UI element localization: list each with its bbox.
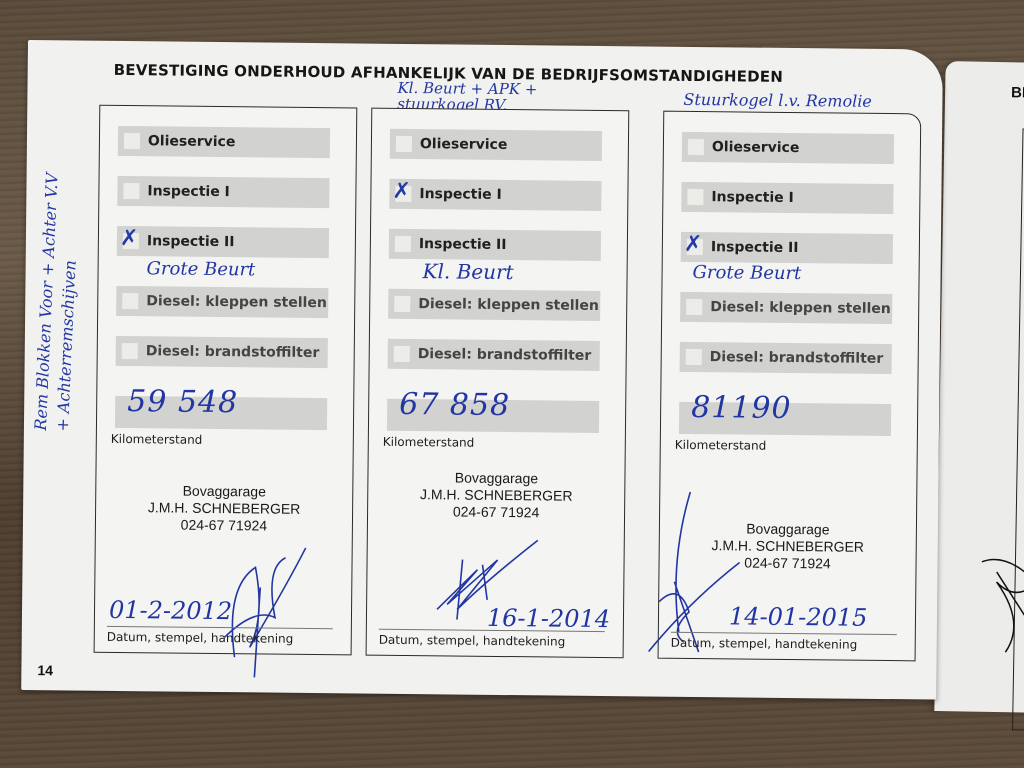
next-page: BE [934, 61, 1024, 713]
handwritten-check-icon: ✗ [120, 228, 139, 250]
service-olieservice[interactable]: Olieservice [118, 126, 330, 158]
checkbox[interactable] [395, 236, 411, 252]
checkbox[interactable] [123, 183, 139, 199]
checkbox[interactable] [687, 189, 703, 205]
mileage-value: 67 858 [399, 387, 510, 423]
mileage-label: Kilometerstand [111, 432, 203, 447]
service-diesel-filter[interactable]: Diesel: brandstoffilter [388, 339, 600, 371]
margin-note: Rem Blokken Voor + Achter V.V + Achterre… [30, 172, 86, 432]
service-date: 01-2-2012 [109, 596, 232, 625]
handwritten-check-icon: ✗ [684, 234, 703, 256]
service-date: 16-1-2014 [487, 604, 610, 633]
service-note: Kl. Beurt [422, 259, 513, 284]
checkbox[interactable] [686, 299, 702, 315]
service-note: Grote Beurt [692, 262, 801, 284]
checkbox-checked[interactable]: ✗ [687, 239, 703, 255]
next-page-heading-stub: BE [1011, 84, 1024, 101]
service-olieservice[interactable]: Olieservice [682, 132, 894, 164]
checkbox[interactable] [396, 136, 412, 152]
signature-label: Datum, stempel, handtekening [671, 636, 858, 652]
page-number: 14 [37, 662, 53, 678]
service-diesel-kleppen[interactable]: Diesel: kleppen stellen [680, 292, 892, 324]
checkbox[interactable] [686, 349, 702, 365]
service-inspectie-2[interactable]: ✗Inspectie II [681, 232, 893, 264]
service-inspectie-2[interactable]: Inspectie II [389, 229, 601, 261]
service-diesel-filter[interactable]: Diesel: brandstoffilter [116, 336, 328, 368]
checkbox-checked[interactable]: ✗ [395, 186, 411, 202]
service-diesel-filter[interactable]: Diesel: brandstoffilter [680, 342, 892, 374]
handwritten-check-icon: ✗ [392, 181, 411, 203]
service-inspectie-1[interactable]: Inspectie I [681, 182, 893, 214]
checkbox[interactable] [124, 133, 140, 149]
service-inspectie-2[interactable]: ✗Inspectie II [117, 226, 329, 258]
checkbox[interactable] [394, 296, 410, 312]
checkbox[interactable] [394, 346, 410, 362]
service-entry-3: Olieservice Inspectie I ✗Inspectie II Gr… [658, 111, 922, 662]
checkbox[interactable] [122, 343, 138, 359]
service-date: 14-01-2015 [729, 602, 868, 631]
mileage-value: 59 548 [127, 384, 238, 420]
service-inspectie-1[interactable]: Inspectie I [117, 176, 329, 208]
signature-next-page [975, 542, 1024, 663]
mileage-label: Kilometerstand [675, 438, 767, 453]
service-inspectie-1[interactable]: ✗Inspectie I [389, 179, 601, 211]
service-note: Grote Beurt [147, 258, 256, 280]
signature-label: Datum, stempel, handtekening [107, 630, 294, 646]
mileage-value: 81190 [691, 390, 792, 426]
mileage-label: Kilometerstand [383, 435, 475, 450]
garage-stamp: Bovaggarage J.M.H. SCHNEBERGER 024-67 71… [368, 469, 625, 523]
checkbox[interactable] [688, 139, 704, 155]
checkbox-checked[interactable]: ✗ [123, 233, 139, 249]
service-booklet-page: BEVESTIGING ONDERHOUD AFHANKELIJK VAN DE… [21, 40, 943, 700]
service-entry-1: Olieservice Inspectie I ✗Inspectie II Gr… [94, 105, 358, 656]
checkbox[interactable] [122, 293, 138, 309]
service-entry-2: Olieservice ✗Inspectie I Inspectie II Kl… [366, 108, 630, 659]
service-diesel-kleppen[interactable]: Diesel: kleppen stellen [116, 286, 328, 318]
service-olieservice[interactable]: Olieservice [390, 129, 602, 161]
service-diesel-kleppen[interactable]: Diesel: kleppen stellen [388, 289, 600, 321]
signature-label: Datum, stempel, handtekening [379, 633, 566, 649]
